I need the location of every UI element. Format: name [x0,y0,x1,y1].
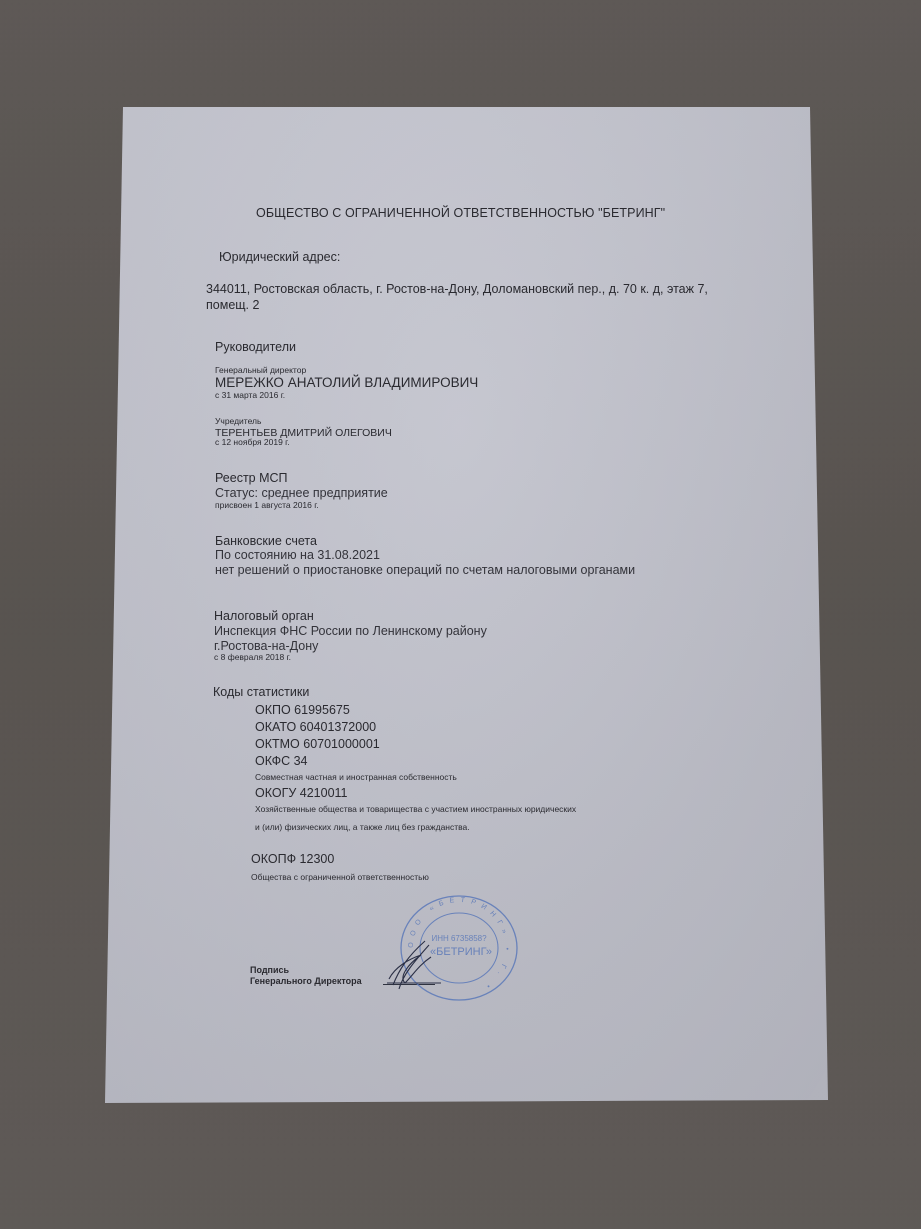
signature-label-line2: Генерального Директора [250,976,362,986]
company-title: ОБЩЕСТВО С ОГРАНИЧЕННОЙ ОТВЕТСТВЕННОСТЬЮ… [256,206,665,220]
bank-accounts-as-of: По состоянию на 31.08.2021 [215,548,380,562]
code-okogu-description-line1: Хозяйственные общества и товарищества с … [255,804,576,814]
director-name: МЕРЕЖКО АНАТОЛИЙ ВЛАДИМИРОВИЧ [215,375,478,390]
legal-address-label: Юридический адрес: [219,250,340,264]
code-okpo: ОКПО 61995675 [255,703,350,717]
code-okogu: ОКОГУ 4210011 [255,786,348,800]
sme-registry-heading: Реестр МСП [215,471,288,485]
code-okfs: ОКФС 34 [255,754,307,768]
founder-since: с 12 ноября 2019 г. [215,437,290,447]
tax-authority-heading: Налоговый орган [214,609,314,623]
signature-scribble-icon [385,935,445,995]
code-okfs-description: Совместная частная и иностранная собстве… [255,772,457,782]
director-role: Генеральный директор [215,365,306,375]
bank-accounts-heading: Банковские счета [215,534,317,548]
signature-label-line1: Подпись [250,965,289,975]
bank-accounts-note: нет решений о приостановке операций по с… [215,563,635,577]
tax-authority-since: с 8 февраля 2018 г. [214,652,291,662]
legal-address-line1: 344011, Ростовская область, г. Ростов-на… [206,282,708,296]
statistics-codes-heading: Коды статистики [213,685,309,699]
code-oktmo: ОКТМО 60701000001 [255,737,380,751]
sme-assigned-date: присвоен 1 августа 2016 г. [215,500,319,510]
tax-authority-line2: г.Ростова-на-Дону [214,639,318,653]
code-okogu-description-line2: и (или) физических лиц, а также лиц без … [255,822,470,832]
legal-address-line2: помещ. 2 [206,298,259,312]
founder-role: Учредитель [215,416,261,426]
management-heading: Руководители [215,340,296,354]
paper-shading [0,0,921,1229]
director-since: с 31 марта 2016 г. [215,390,285,400]
code-okopf-description: Общества с ограниченной ответственностью [251,872,429,882]
tax-authority-line1: Инспекция ФНС России по Ленинскому район… [214,624,487,638]
sme-status: Статус: среднее предприятие [215,486,388,500]
code-okato: ОКАТО 60401372000 [255,720,376,734]
code-okopf: ОКОПФ 12300 [251,852,334,866]
